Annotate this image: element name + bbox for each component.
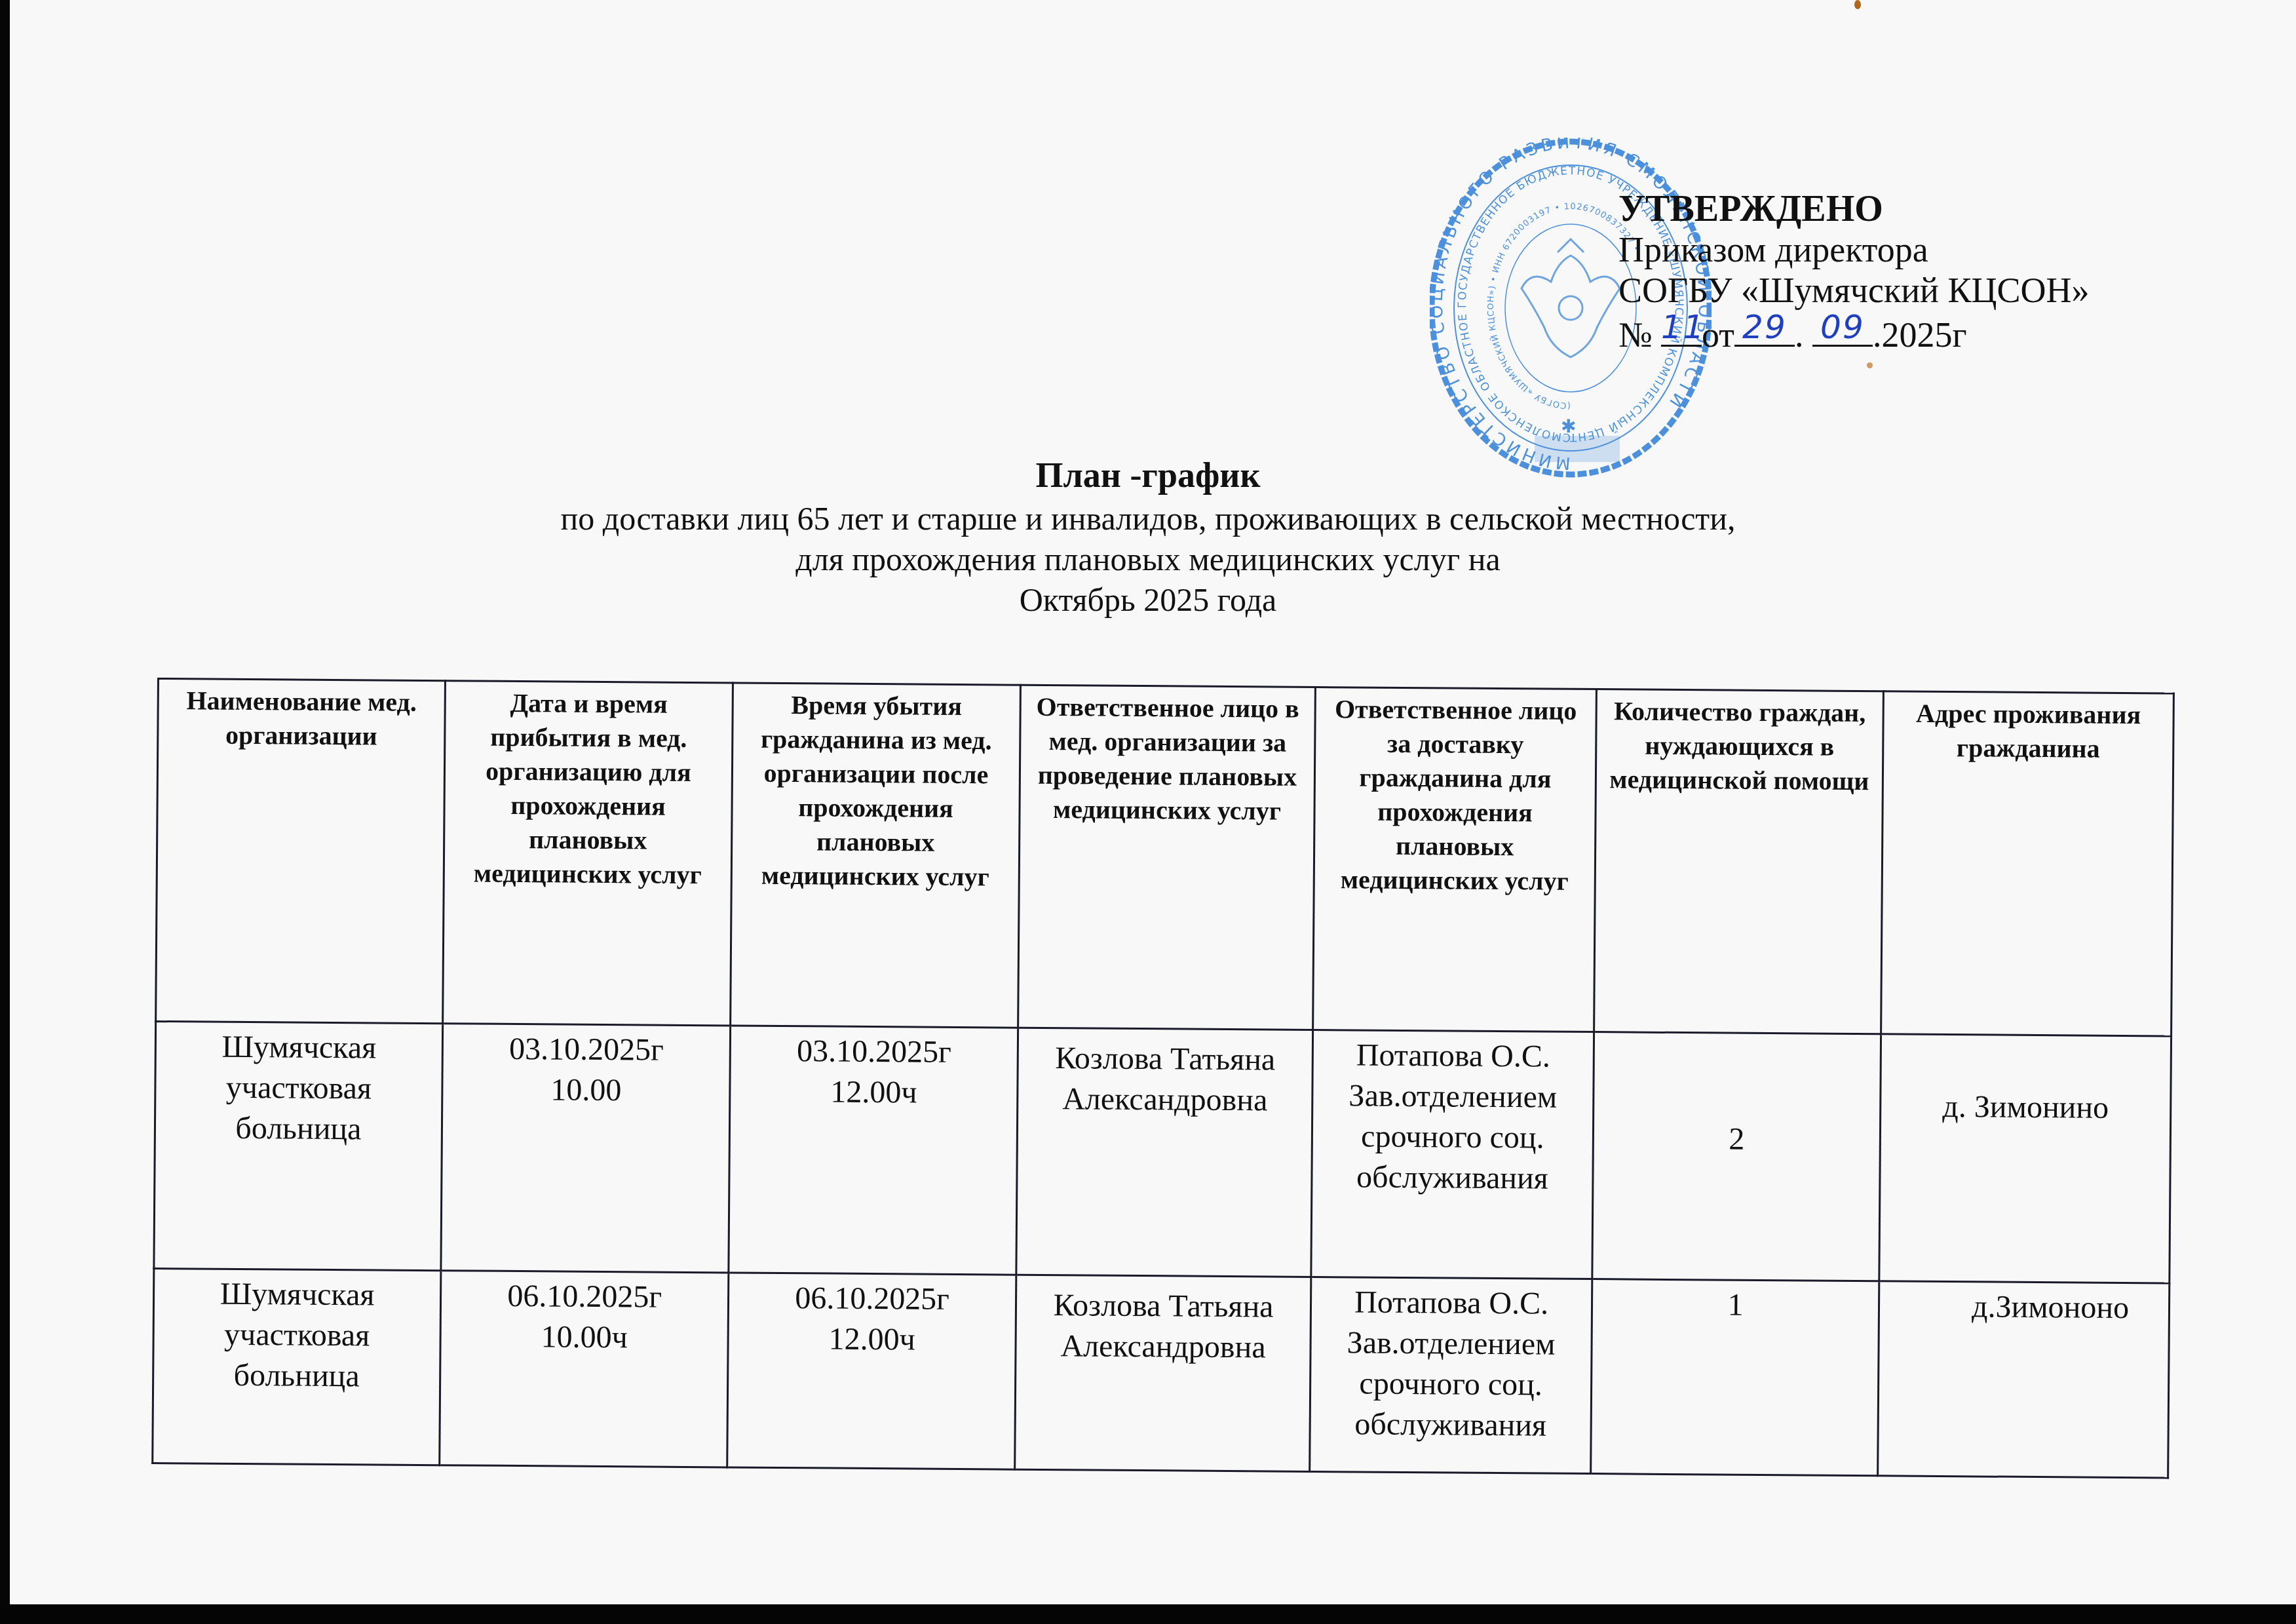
arrival-date: 06.10.2025г [447,1275,722,1318]
delivery-responsible-position: Зав.отделением срочного соц. обслуживани… [1316,1323,1585,1446]
header-departure: Время убытия гражданина из мед. организа… [731,683,1021,1028]
table-header-row: Наименование мед. организации Дата и вре… [156,679,2174,1037]
arrival-time: 10.00ч [446,1316,721,1359]
day-field: 29 [1734,311,1795,347]
cell-departure: 03.10.2025г 12.00ч [729,1026,1018,1275]
approval-line-organization: СОГБУ «Шумячский КЦСОН» [1618,270,2090,311]
year-suffix: .2025г [1873,315,1967,355]
document-title: План -график [0,452,2296,498]
scan-edge-bottom [0,1604,2296,1624]
approval-order-line: № 11от29. 09.2025г [1618,311,2090,355]
cell-delivery-responsible: Потапова О.С. Зав.отделением срочного со… [1311,1030,1594,1279]
arrival-time: 10.00 [448,1069,723,1112]
header-med-responsible: Ответственное лицо в мед. организации за… [1018,685,1316,1030]
cell-organization: Шумячская участковая больница [154,1021,443,1270]
cell-arrival: 06.10.2025г 10.00ч [440,1271,729,1467]
cell-med-responsible: Козлова Татьяна Александровна [1015,1275,1311,1471]
header-address: Адрес проживания гражданина [1881,691,2174,1036]
cell-arrival: 03.10.2025г 10.00 [441,1024,731,1273]
departure-date: 03.10.2025г [737,1030,1012,1073]
table-row: Шумячская участковая больница 06.10.2025… [153,1268,2170,1478]
cell-address: д.Зимононо [1878,1281,2170,1478]
day-handwritten: 29 [1734,311,1795,343]
departure-time: 12.00ч [736,1071,1011,1113]
approval-block: УТВЕРЖДЕНО Приказом директора СОГБУ «Шум… [1618,189,2090,355]
document-period: Октябрь 2025 года [0,579,2296,620]
header-organization: Наименование мед. организации [156,679,446,1024]
number-sign: № [1618,315,1653,355]
scan-edge-left [0,0,10,1624]
from-word: от [1702,315,1734,355]
cell-delivery-responsible: Потапова О.С. Зав.отделением срочного со… [1310,1277,1592,1473]
month-field: 09 [1812,311,1873,347]
eagle-emblem-icon [1521,239,1620,357]
cell-departure: 06.10.2025г 12.00ч [727,1273,1016,1469]
schedule-table-wrapper: Наименование мед. организации Дата и вре… [151,678,2175,1479]
approval-heading: УТВЕРЖДЕНО [1618,189,2090,229]
arrival-date: 03.10.2025г [449,1028,724,1071]
table-row: Шумячская участковая больница 03.10.2025… [154,1021,2172,1283]
approval-line-order: Приказом директора [1618,229,2090,270]
month-handwritten: 09 [1812,311,1873,343]
header-arrival: Дата и время прибытия в мед. организацию… [443,681,733,1026]
order-number-field: 11 [1661,311,1702,347]
order-number-handwritten: 11 [1661,311,1702,343]
document-subtitle-line-2: для прохождения плановых медицинских усл… [0,539,2296,579]
departure-date: 06.10.2025г [735,1277,1010,1320]
ink-speck [1854,0,1861,9]
departure-time: 12.00ч [734,1318,1009,1361]
delivery-responsible-position: Зав.отделением срочного соц. обслуживани… [1318,1075,1587,1199]
schedule-table: Наименование мед. организации Дата и вре… [151,678,2175,1479]
cell-organization: Шумячская участковая больница [153,1268,441,1465]
cell-med-responsible: Козлова Татьяна Александровна [1016,1028,1313,1277]
delivery-responsible-name: Потапова О.С. [1319,1035,1588,1077]
ink-speck [1867,362,1873,368]
cell-citizens-count: 1 [1591,1279,1879,1476]
document-subtitle-line-1: по доставки лиц 65 лет и старше и инвали… [0,498,2296,539]
cell-citizens-count: 2 [1592,1032,1881,1281]
document-title-block: План -график по доставки лиц 65 лет и ст… [0,452,2296,620]
header-citizens-count: Количество граждан, нуждающихся в медици… [1594,689,1884,1034]
stamp-star-icon: ✱ [1561,417,1576,437]
delivery-responsible-name: Потапова О.С. [1317,1282,1586,1324]
header-delivery-responsible: Ответственное лицо за доставку гражданин… [1313,687,1597,1032]
cell-address: д. Зимонино [1879,1034,2172,1283]
